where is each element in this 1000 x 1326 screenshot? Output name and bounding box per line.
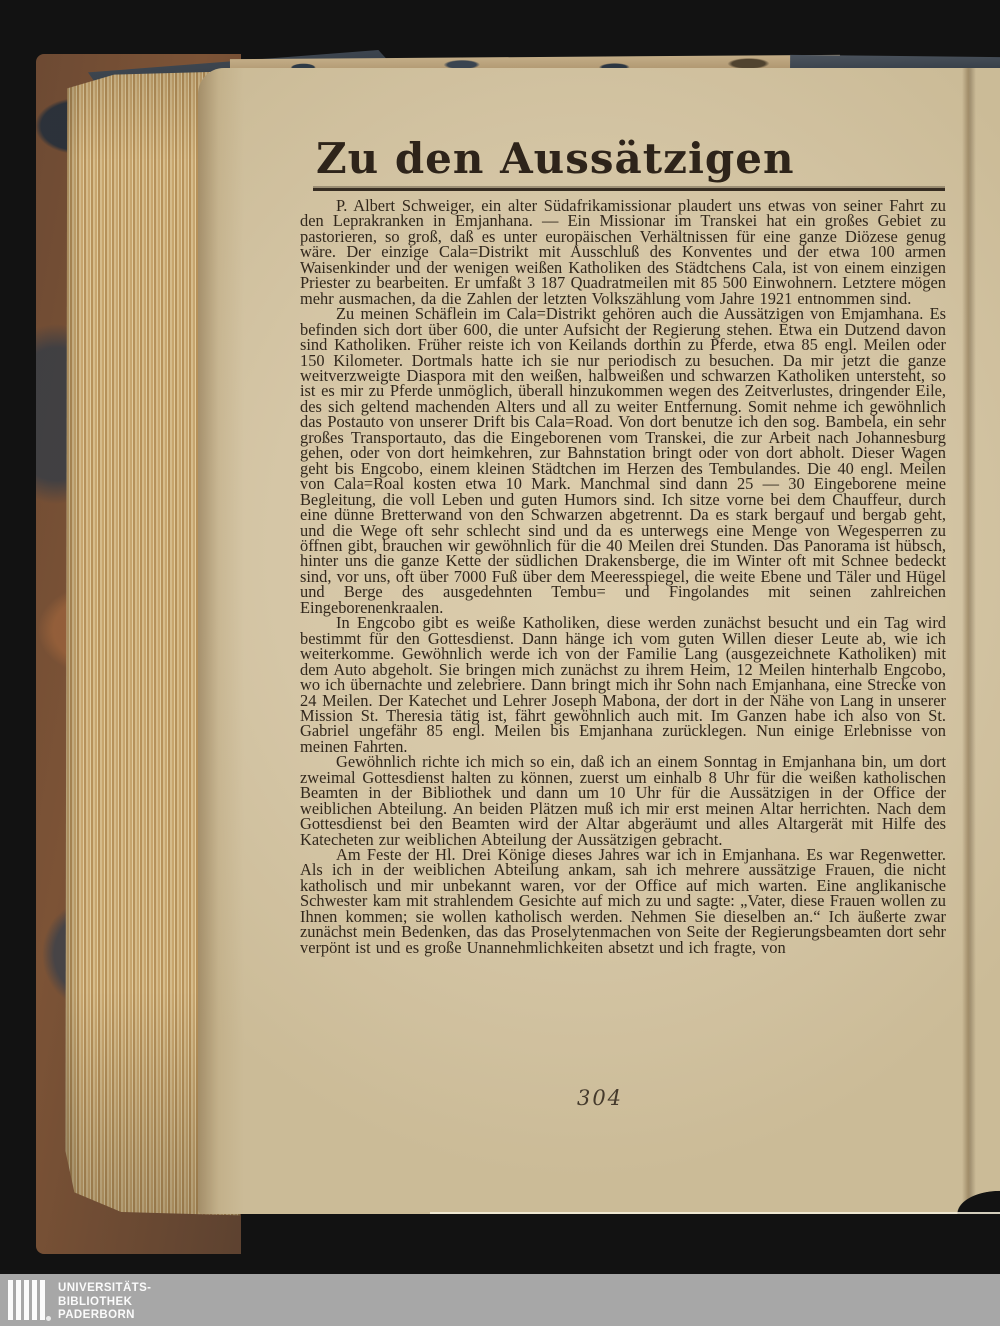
library-name-line1: UNIVERSITÄTS-	[58, 1282, 151, 1296]
paragraph-4: Gewöhnlich richte ich mich so ein, daß i…	[300, 754, 946, 847]
paragraph-3: In Engcobo gibt es weiße Katholiken, die…	[300, 615, 946, 754]
page-title: Zu den Aussätzigen	[316, 134, 956, 183]
library-name-line3: PADERBORN	[58, 1309, 151, 1323]
library-name: UNIVERSITÄTS- BIBLIOTHEK PADERBORN	[58, 1282, 151, 1323]
page-left-curvature-shade	[198, 68, 244, 1214]
page-gutter-crease	[962, 68, 976, 1214]
library-logo-dot	[46, 1316, 51, 1321]
paragraph-1: P. Albert Schweiger, ein alter Südafrika…	[300, 198, 946, 306]
page-number: 304	[300, 1086, 900, 1110]
library-name-line2: BIBLIOTHEK	[58, 1296, 151, 1310]
paragraph-5: Am Feste der Hl. Drei Könige dieses Jahr…	[300, 847, 946, 955]
page-bottom-highlight	[430, 1212, 1000, 1214]
title-rule	[313, 188, 945, 191]
library-logo-bars-icon	[8, 1280, 45, 1320]
body-text: P. Albert Schweiger, ein alter Südafrika…	[300, 198, 946, 955]
library-footer-bar: UNIVERSITÄTS- BIBLIOTHEK PADERBORN	[0, 1274, 1000, 1326]
page-bottom-right-shadow	[936, 1188, 1000, 1214]
paragraph-2: Zu meinen Schäflein im Cala=Distrikt geh…	[300, 306, 946, 615]
